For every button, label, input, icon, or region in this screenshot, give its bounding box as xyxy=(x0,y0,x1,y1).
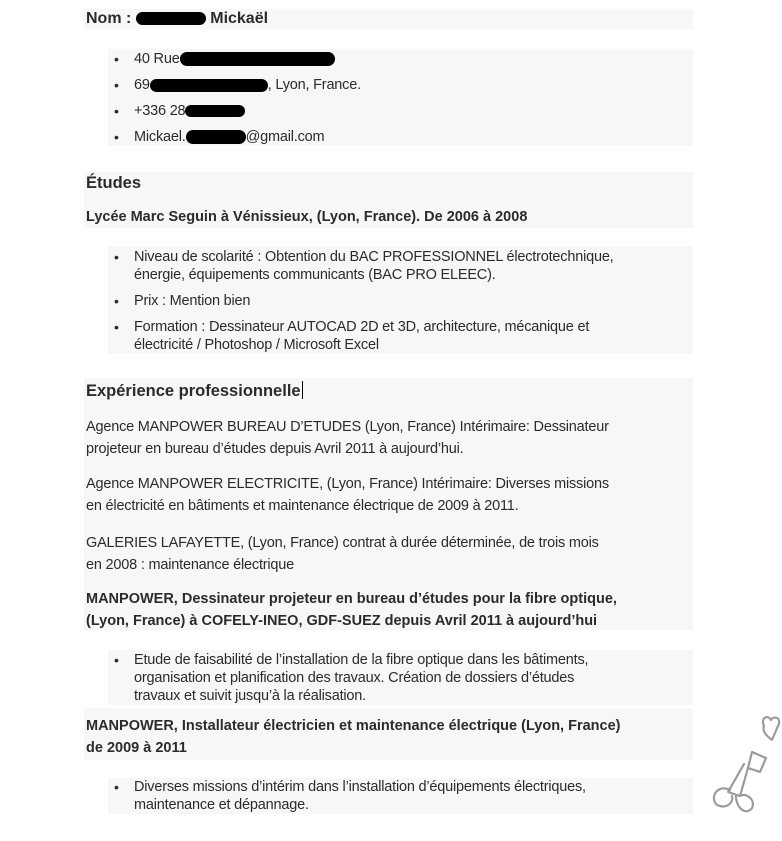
redacted-street xyxy=(180,52,335,66)
text-cursor xyxy=(302,381,304,399)
job-description: • Etude de faisabilité de l’installation… xyxy=(134,651,690,705)
experience-paragraph: GALERIES LAFAYETTE, (Lyon, France) contr… xyxy=(86,532,599,576)
job-title: MANPOWER, Installateur électricien et ma… xyxy=(86,715,621,759)
contact-phone: • +336 28 xyxy=(134,102,690,120)
experience-paragraph: Agence MANPOWER BUREAU D’ETUDES (Lyon, F… xyxy=(86,416,609,460)
education-item: • Formation : Dessinateur AUTOCAD 2D et … xyxy=(134,318,690,354)
job-title: MANPOWER, Dessinateur projeteur en burea… xyxy=(86,588,617,632)
redacted-email xyxy=(186,130,246,144)
education-item: • Niveau de scolarité : Obtention du BAC… xyxy=(134,248,690,284)
job-description: • Diverses missions d’intérim dans l’ins… xyxy=(134,778,690,814)
redacted-phone xyxy=(185,105,245,117)
contact-city: • 69, Lyon, France. xyxy=(134,76,690,94)
education-school: Lycée Marc Seguin à Vénissieux, (Lyon, F… xyxy=(86,206,527,228)
contact-email: • Mickael.@gmail.com xyxy=(134,128,690,146)
experience-paragraph: Agence MANPOWER ELECTRICITE, (Lyon, Fran… xyxy=(86,473,609,517)
contact-address: • 40 Rue xyxy=(134,50,690,68)
redacted-postcode xyxy=(150,79,268,92)
first-name: Mickaël xyxy=(210,10,268,27)
experience-title: Expérience professionnelle xyxy=(86,380,303,402)
name-heading: Nom : Mickaël xyxy=(86,9,268,29)
name-label: Nom : xyxy=(86,10,131,27)
education-title: Études xyxy=(86,172,141,194)
redacted-surname xyxy=(136,12,206,25)
education-item: • Prix : Mention bien xyxy=(134,292,690,310)
doodle-heart-plug-icon xyxy=(700,712,782,816)
